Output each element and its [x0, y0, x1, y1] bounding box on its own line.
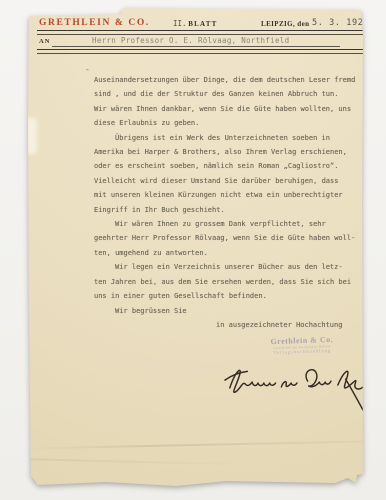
letter-line: ten, umgehend zu antworten. [94, 246, 358, 260]
paper-tear-mark [26, 118, 37, 154]
closing-salutation: in ausgezeichneter Hochachtung [94, 318, 358, 332]
letter-line: uns in einer guten Gesellschaft befinden… [94, 289, 358, 303]
letter-line: Wir wären Ihnen zu grossem Dank verpflic… [94, 217, 358, 231]
paper-fold-crease [26, 440, 364, 449]
page-continuation-dash: - [85, 65, 90, 74]
typed-date: 5. 3. 1929 [312, 18, 369, 28]
letter-line: sind , und die der Struktur des Ganzen k… [94, 87, 358, 101]
addressee-label: AN [39, 38, 50, 45]
letter-line: Vielleicht wird dieser Umstand Sie darüb… [94, 174, 358, 188]
letter-line: geehrter Herr Professor Rölvaag, wenn Si… [94, 231, 358, 245]
signature-handwriting [222, 356, 368, 414]
letter-scan: GRETHLEIN & CO. II. BLATT LEIPZIG, den 5… [26, 6, 364, 492]
letter-line: Amerika bei Harper & Brothers, also Ihre… [94, 145, 358, 159]
place-date-label: LEIPZIG, den [261, 20, 309, 28]
letter-line: ten Jahren bei, aus dem Sie ersehen werd… [94, 275, 358, 289]
company-stamp: Grethlein & Co. Gesellschaft mit beschrä… [250, 334, 355, 357]
sheet-number: II. BLATT [173, 19, 218, 28]
sheet-label: BLATT [188, 20, 217, 28]
letter-line: Eingriff in Ihr Buch geschieht. [94, 203, 358, 217]
addressee-line: Herrn Professor O. E. Rölvaag, Northfiel… [92, 36, 289, 45]
addressee-writing-line [52, 46, 340, 47]
letter-line: Übrigens ist ein Werk des Unterzeichnete… [94, 131, 358, 145]
letter-line: Wir wären Ihnen dankbar, wenn Sie die Gü… [94, 102, 358, 116]
letter-line: Wir legen ein Verzeichnis unserer Bücher… [94, 260, 358, 274]
sheet-number-typed: II. [173, 19, 187, 28]
company-name: GRETHLEIN & CO. [39, 18, 150, 28]
letterhead-rule-top [37, 30, 363, 35]
letter-line: Auseinandersetzungen über Dinge, die dem… [94, 73, 358, 87]
paper-sheet: GRETHLEIN & CO. II. BLATT LEIPZIG, den 5… [26, 6, 364, 492]
paper-fold-crease [26, 458, 263, 466]
letter-line: Wir begrüssen Sie [94, 304, 358, 318]
letterhead-rule-bottom [37, 49, 363, 54]
letter-body: Auseinandersetzungen über Dinge, die dem… [94, 73, 358, 332]
letter-line: diese Erlaubnis zu geben. [94, 116, 358, 130]
letter-line: mit unseren kleinen Kürzungen nicht etwa… [94, 188, 358, 202]
letter-line: oder es erscheint soeben, nämlich sein R… [94, 159, 358, 173]
